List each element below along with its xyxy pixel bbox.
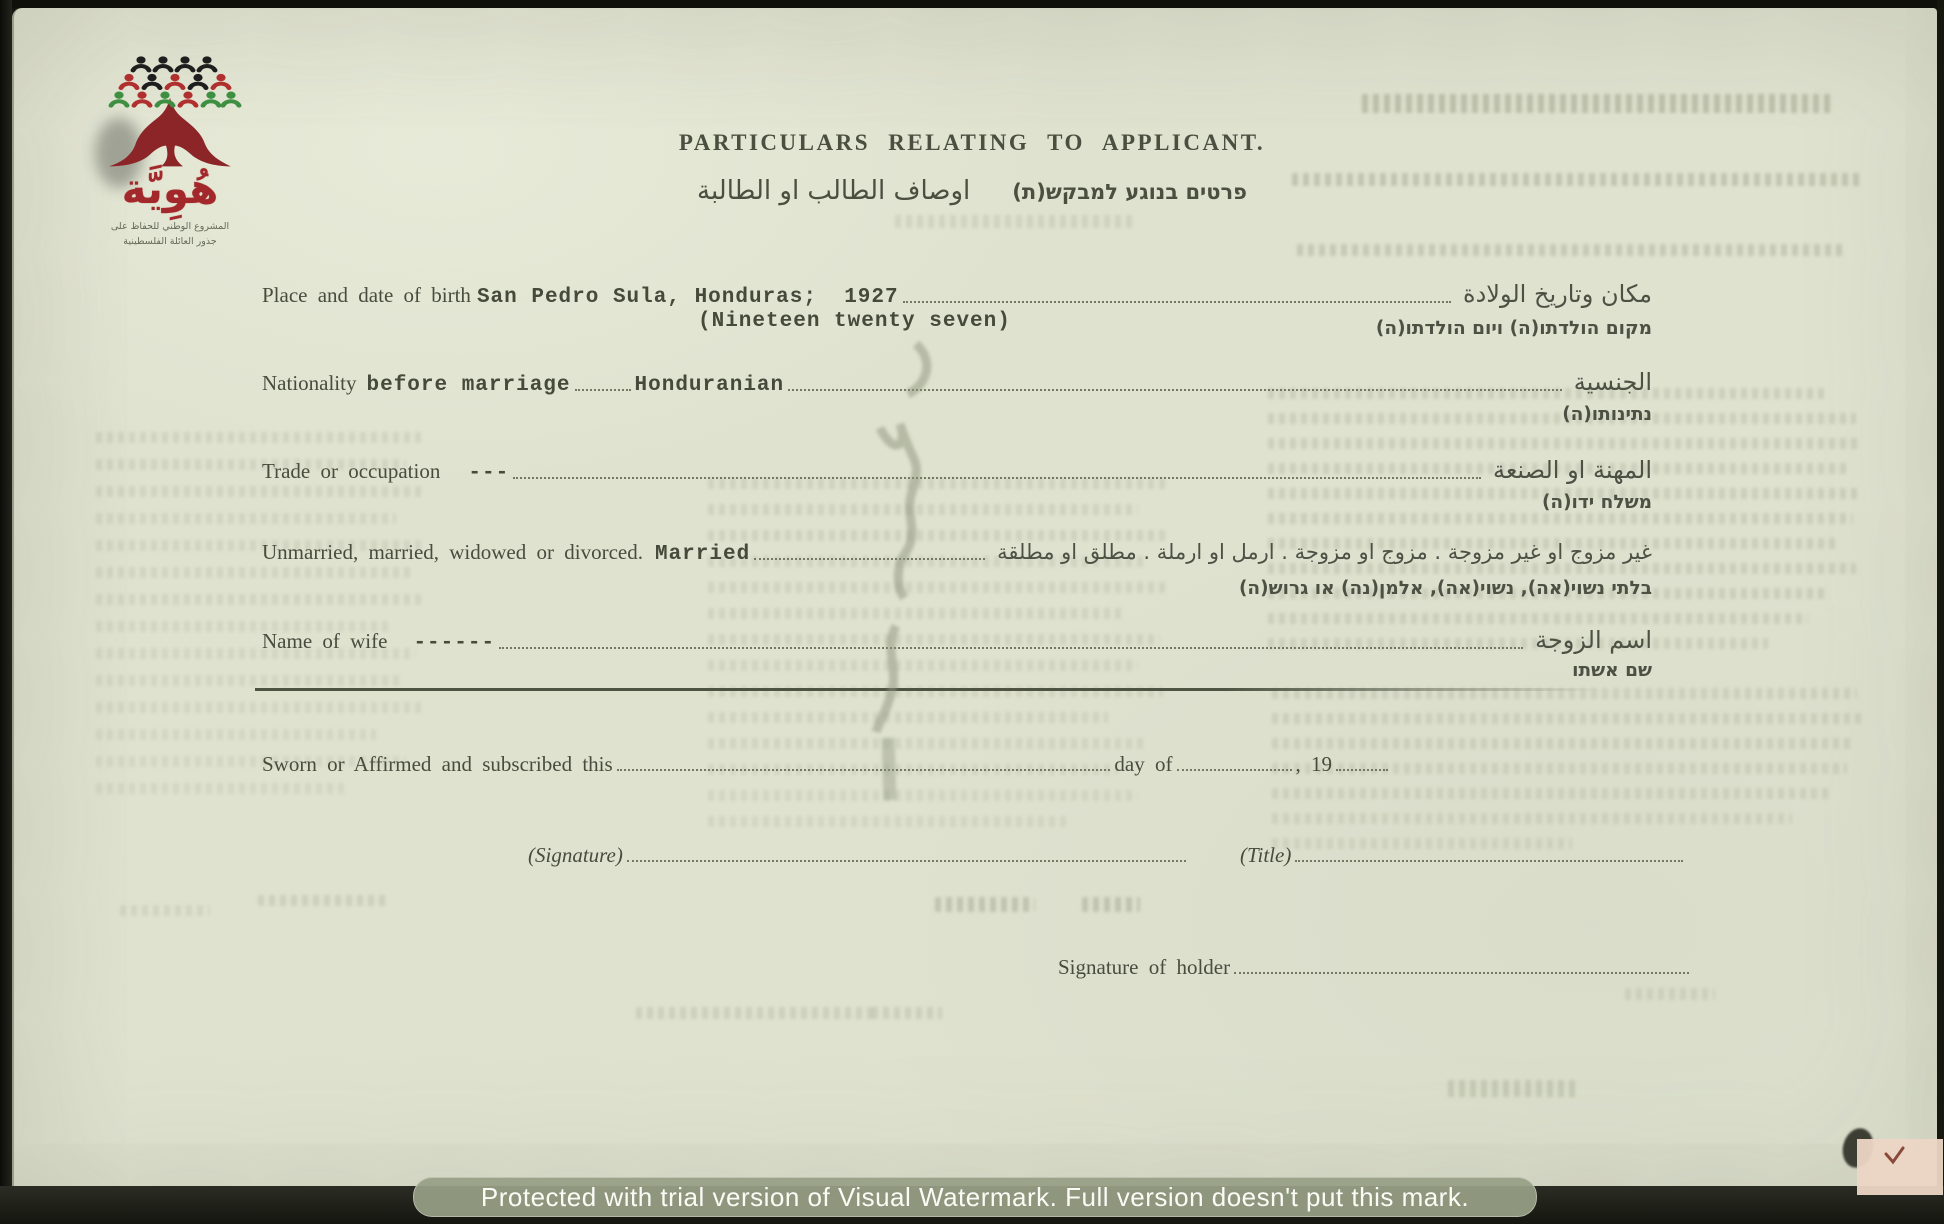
- bleed-through-line: [708, 816, 1068, 827]
- field-label-birth-arabic: مكان وتاريخ الولادة: [1463, 280, 1652, 308]
- bleed-through-line: [1272, 713, 1862, 724]
- logo-tagline-line1: المشروع الوطني للحفاظ على: [82, 220, 258, 235]
- dotted-line: [903, 301, 1451, 303]
- scan-edge-top: [0, 0, 1944, 8]
- holder-signature-line: Signature of holder: [1058, 955, 1693, 980]
- logo-tagline-line2: جذور العائلة الفلسطينية: [82, 235, 258, 250]
- field-value-wife-name: ------: [413, 632, 495, 655]
- field-value-trade: ---: [468, 462, 509, 485]
- logo-tagline: المشروع الوطني للحفاظ على جذور العائلة ا…: [82, 220, 258, 249]
- field-label-wife-name-arabic: اسم الزوجة: [1535, 626, 1652, 654]
- dotted-line: [499, 647, 1523, 649]
- bleed-through-line: [1272, 738, 1852, 749]
- dotted-line: [627, 860, 1186, 862]
- title-label: (Title): [1240, 843, 1291, 868]
- field-label-wife-name: Name of wife: [262, 629, 387, 654]
- page-subtitle: اوصاف الطالب او الطالبة פרטים בנוגע למבק…: [0, 176, 1944, 206]
- bleed-through-line: [1272, 813, 1792, 824]
- bleed-through-line: [1268, 613, 1808, 624]
- dotted-line: [575, 389, 631, 391]
- field-value-nationality-pre: before marriage: [366, 374, 570, 397]
- signature-line: (Signature): [528, 843, 1190, 868]
- sworn-statement-row: Sworn or Affirmed and subscribed this da…: [262, 752, 1392, 777]
- bleed-through-line: [935, 897, 1035, 912]
- bleed-through-line: [1448, 1080, 1580, 1097]
- title-line: (Title): [1240, 843, 1687, 868]
- bleed-through-line: [1362, 94, 1832, 113]
- field-label-nationality: Nationality: [262, 371, 356, 396]
- field-label-birth: Place and date of birth: [262, 283, 471, 308]
- bleed-through-line: [96, 432, 424, 443]
- dotted-line: [1177, 769, 1292, 771]
- bleed-through-line: [636, 1007, 876, 1019]
- bleed-through-line: [1082, 897, 1140, 912]
- bleed-through-line: [1625, 988, 1715, 1000]
- field-label-trade-arabic: المهنة او الصنعة: [1493, 456, 1652, 484]
- bleed-through-line: [258, 895, 388, 906]
- bleed-through-line: [1268, 438, 1860, 449]
- field-label-marital-status-arabic: غير مزوج او غير مزوجة . مزوج او مزوجة . …: [997, 540, 1652, 564]
- year-prefix: , 19: [1296, 752, 1333, 777]
- bleed-through-line: [96, 513, 396, 524]
- field-row-birth: Place and date of birth San Pedro Sula, …: [262, 280, 1652, 309]
- dotted-line: [1234, 972, 1689, 974]
- bleed-through-line: [96, 729, 376, 740]
- bleed-through-line: [96, 783, 346, 794]
- bleed-through-line: [96, 567, 411, 578]
- bleed-through-line: [120, 905, 210, 916]
- day-of-label: day of: [1114, 752, 1172, 777]
- page-subtitle-arabic: اوصاف الطالب او الطالبة: [697, 176, 970, 206]
- field-label-trade: Trade or occupation: [262, 459, 440, 484]
- field-value-nationality: Honduranian: [635, 374, 785, 397]
- dotted-line: [513, 477, 1481, 479]
- field-value-birth: San Pedro Sula, Honduras; 1927: [477, 286, 899, 309]
- field-label-marital-status: Unmarried, married, widowed or divorced.: [262, 540, 643, 565]
- dotted-line: [1295, 860, 1683, 862]
- page-title: PARTICULARS RELATING TO APPLICANT.: [0, 130, 1944, 156]
- ink-bleed-squiggle: [830, 330, 960, 810]
- dotted-line: [1336, 769, 1388, 771]
- field-value-marital-status: Married: [655, 543, 750, 566]
- bleed-through-line: [96, 702, 421, 713]
- signature-label: (Signature): [528, 843, 623, 868]
- trial-watermark-banner: Protected with trial version of Visual W…: [413, 1177, 1537, 1217]
- bleed-through-line: [1272, 788, 1832, 799]
- bleed-through-line: [1268, 513, 1853, 524]
- field-label-nationality-arabic: الجنسية: [1574, 368, 1652, 396]
- bleed-through-line: [1297, 244, 1845, 256]
- bleed-through-line: [895, 215, 1135, 228]
- page-subtitle-hebrew: פרטים בנוגע למבקש(ת): [1012, 180, 1247, 204]
- sworn-statement-text: Sworn or Affirmed and subscribed this: [262, 752, 613, 777]
- check-mark: [1884, 1146, 1906, 1166]
- bleed-through-line: [872, 1007, 942, 1019]
- holder-signature-label: Signature of holder: [1058, 955, 1230, 980]
